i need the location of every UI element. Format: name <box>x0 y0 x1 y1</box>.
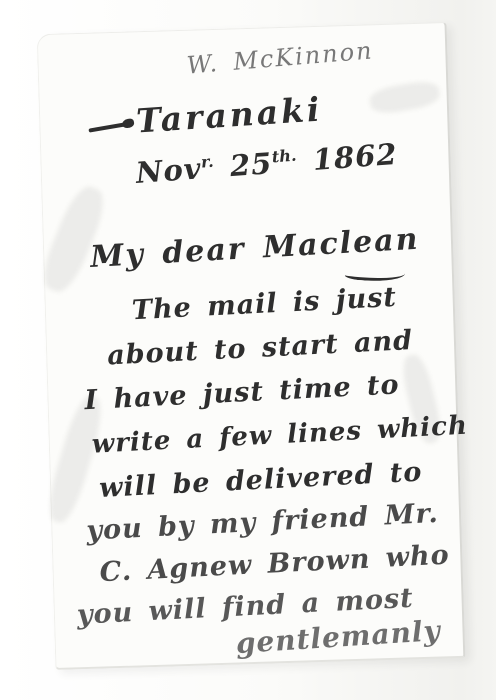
date-year: 1862 <box>296 137 399 178</box>
handwritten-line: C. Agnew Brown who <box>99 540 450 589</box>
date-month: Nov <box>135 151 203 190</box>
handwritten-line: will be delivered to <box>98 457 423 504</box>
show-through-mark <box>368 79 441 116</box>
handwritten-line: you by my friend Mr. <box>86 498 440 547</box>
pen-flourish-icon <box>88 122 130 133</box>
handwritten-line: I have just time to <box>84 369 400 416</box>
pen-swash-icon <box>344 265 405 283</box>
handwritten-line: The mail is just <box>131 282 397 326</box>
handwritten-line: write a few lines which <box>91 411 468 460</box>
date-day: 25 <box>213 146 274 184</box>
scanned-letter-page: { "colors": { "background": "#f7f7f5", "… <box>0 0 496 700</box>
archivist-annotation: W. McKinnon <box>186 36 375 79</box>
letter-paper: W. McKinnon Taranaki Novr. 25th. 1862 My… <box>37 22 466 670</box>
date-day-suffix: th. <box>271 146 297 167</box>
letter-place: Taranaki <box>135 90 323 141</box>
handwritten-line: about to start and <box>106 325 413 371</box>
letter-date: Novr. 25th. 1862 <box>135 137 399 190</box>
